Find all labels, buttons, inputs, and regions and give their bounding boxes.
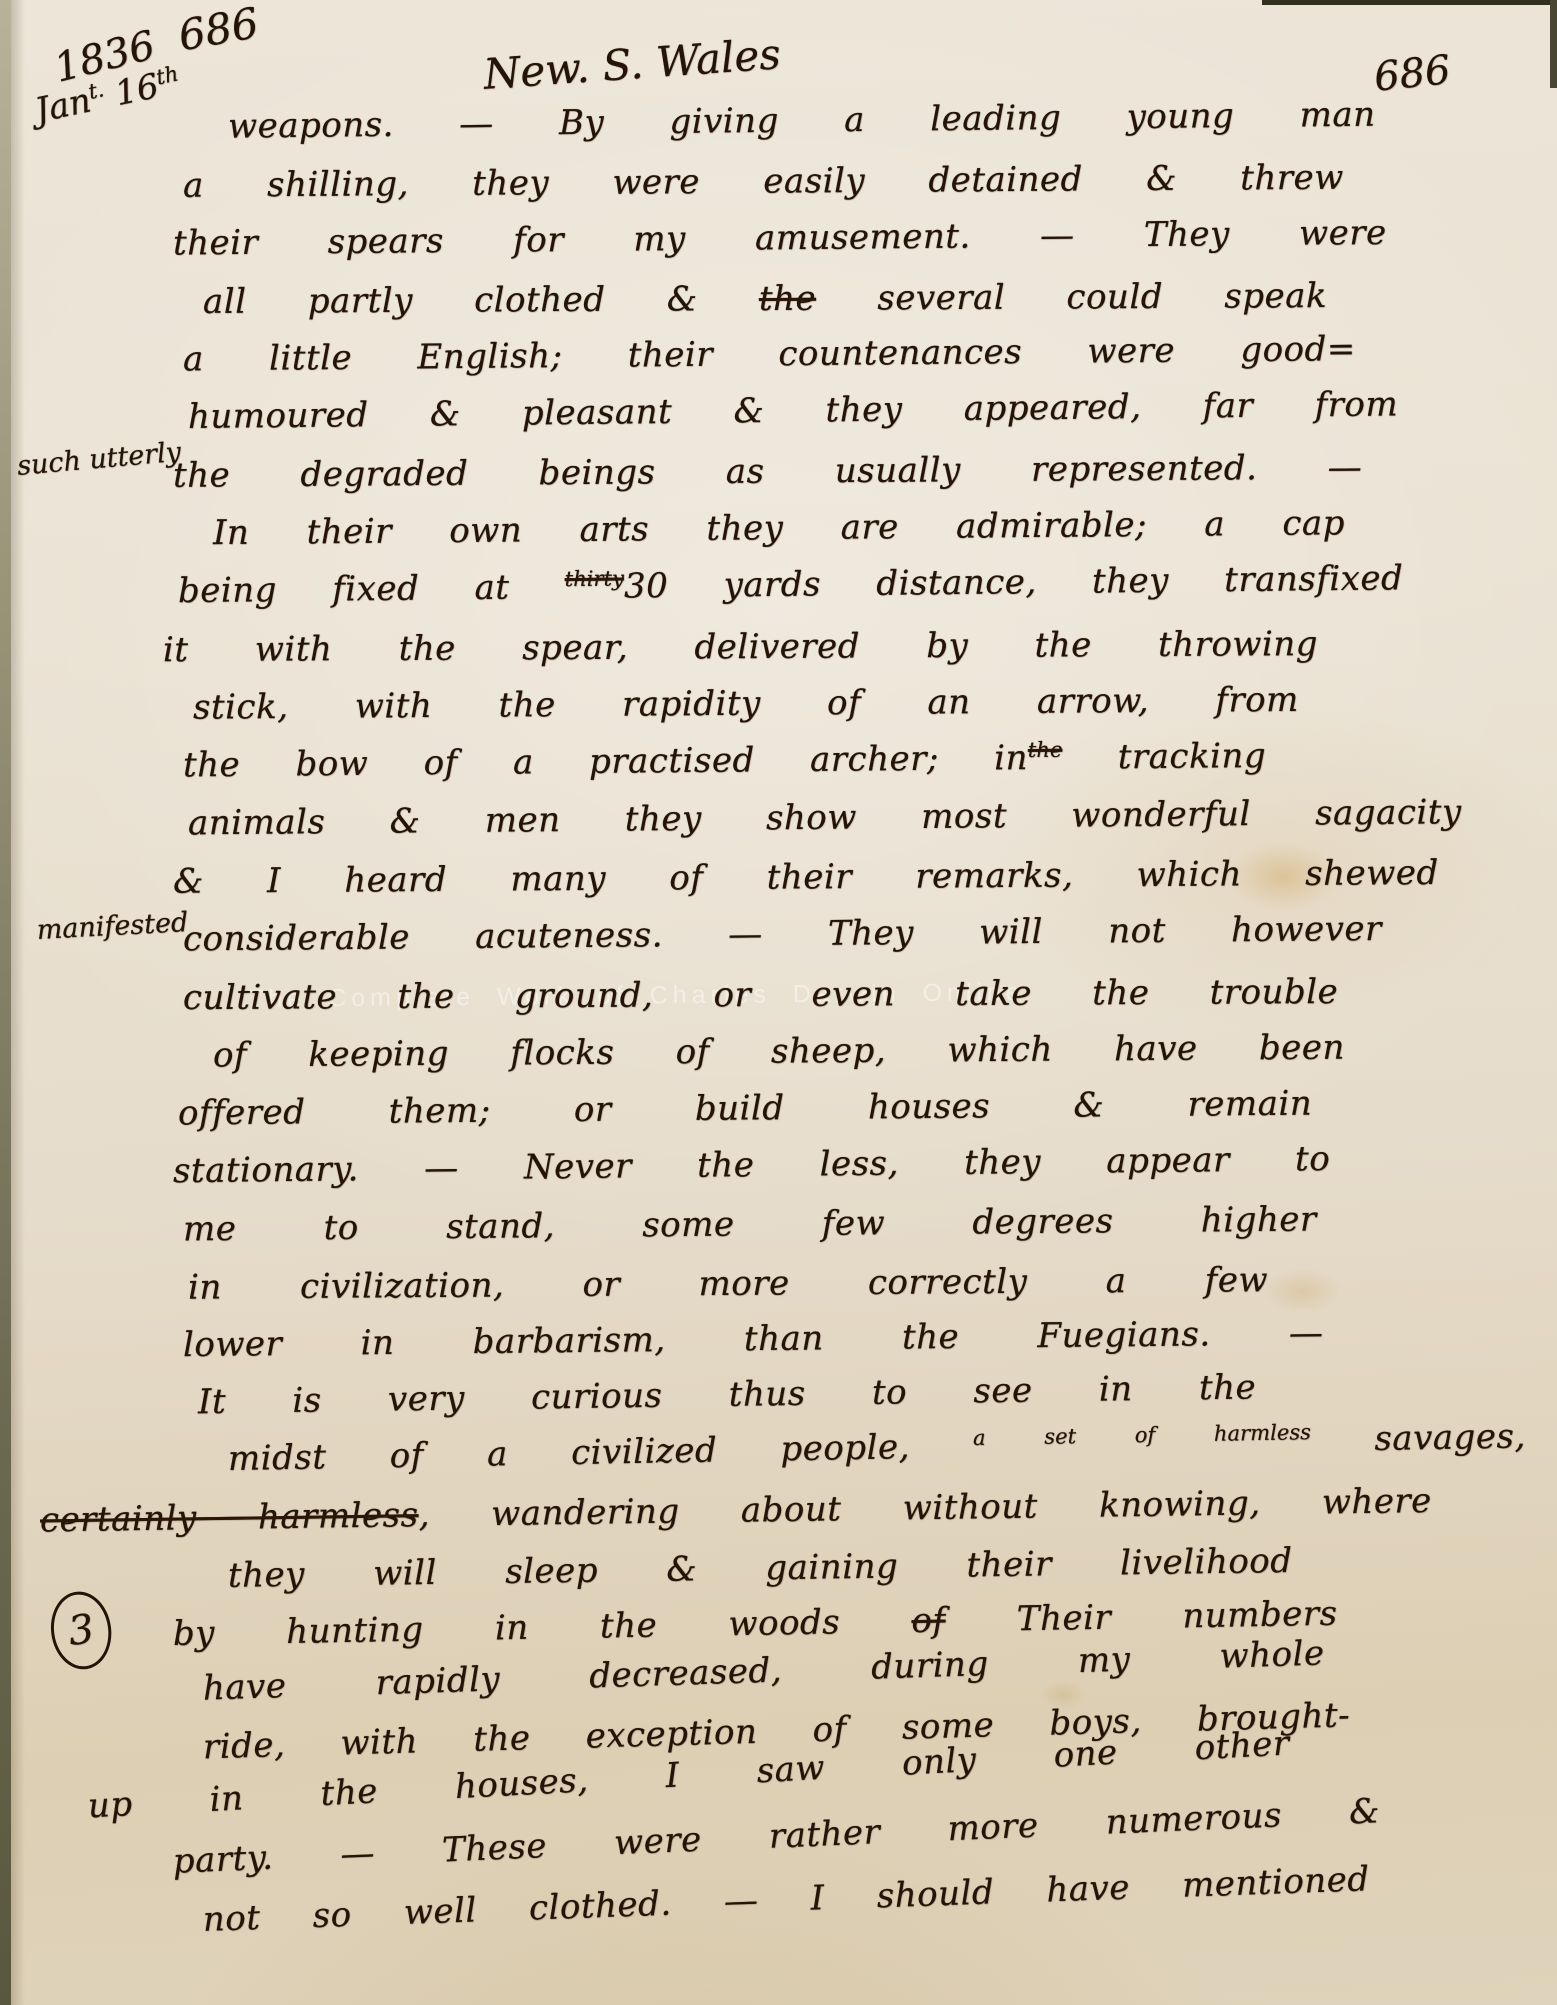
text-run: me to stand, some few degrees higher — [183, 1200, 1317, 1250]
text-run: humoured & pleasant & they appeared, far… — [188, 384, 1399, 437]
text-run: thirty — [565, 566, 625, 592]
text-run: animals & men they show most wonderful s… — [188, 792, 1462, 843]
text-run: the — [1028, 737, 1063, 762]
text-run: th — [154, 61, 181, 90]
text-run: & I heard many of their remarks, which s… — [173, 853, 1439, 902]
manuscript-line: weapons. — By giving a leading young man — [0, 84, 1557, 158]
text-run: the bow of a practised archer; in — [183, 738, 1028, 785]
text-run: several could speak — [816, 276, 1327, 319]
text-run: the — [759, 279, 816, 319]
text-run: 30 yards distance, they transfixed — [624, 558, 1404, 606]
manuscript-line: considerable acuteness. — They will not … — [0, 898, 1557, 970]
manuscript-line: animals & men they show most wonderful s… — [0, 782, 1557, 854]
text-run: a set of harmless — [973, 1420, 1311, 1451]
text-run: of keeping flocks of sheep, which have b… — [213, 1028, 1345, 1076]
text-run: lower in barbarism, than the Fuegians. — — [183, 1313, 1324, 1365]
region-heading: New. S. Wales — [482, 31, 782, 98]
text-run: certainly harmless — [40, 1495, 419, 1540]
text-run: it with the spear, delivered by the thro… — [163, 624, 1318, 670]
page-edge-top — [1262, 0, 1557, 5]
text-run: being fixed at — [178, 567, 565, 611]
text-run: a shilling, they were easily detained & … — [183, 158, 1344, 206]
text-run: stick, with the rapidity of an arrow, fr… — [193, 680, 1299, 728]
manuscript-line: me to stand, some few degrees higher — [0, 1188, 1557, 1260]
manuscript-line: their spears for my amusement. — They we… — [0, 202, 1557, 274]
text-run: stationary. — Never the less, they appea… — [173, 1139, 1331, 1191]
text-run: in civilization, or more correctly a few — [188, 1260, 1268, 1308]
manuscript-page: 6861836Jant. 16thNew. S. Wales686such ut… — [0, 0, 1557, 2005]
text-run: , wandering about without knowing, where — [418, 1481, 1432, 1535]
text-run: tracking — [1062, 736, 1266, 778]
text-run: midst of a civilized people, — [228, 1426, 974, 1479]
text-run: savages, — [1311, 1415, 1557, 1460]
text-run: cultivate the ground, or even take the t… — [183, 972, 1338, 1018]
page-number-top-left: 686 — [175, 0, 262, 59]
text-run: their spears for my amusement. — They we… — [173, 213, 1387, 264]
text-run: offered them; or build houses & remain — [178, 1084, 1313, 1134]
text-run: of — [911, 1600, 946, 1641]
manuscript-body-text: weapons. — By giving a leading young man… — [0, 100, 1557, 1956]
text-run: considerable acuteness. — They will not … — [183, 909, 1382, 959]
text-run: a little English; their countenances wer… — [183, 329, 1356, 379]
page-edge-corner — [1550, 0, 1557, 88]
text-run: In their own arts they are admirable; a … — [213, 503, 1345, 553]
text-run: all partly clothed & — [203, 279, 759, 322]
text-run: weapons. — By giving a leading young man — [228, 95, 1376, 147]
text-run: the degraded beings as usually represent… — [173, 447, 1363, 495]
